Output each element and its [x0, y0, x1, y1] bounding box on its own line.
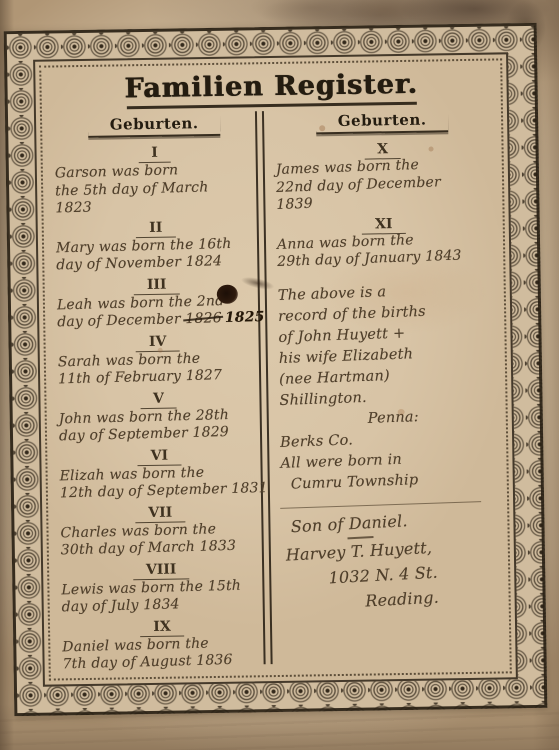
signature-block: Son of Daniel.Harvey T. Huyett,1032 N. 4…: [280, 500, 497, 617]
family-note: The above is arecord of the birthsof Joh…: [278, 282, 495, 495]
inner-bead-border: Familien Register. Geburten. IGarson was…: [39, 58, 512, 680]
birth-entry: IXDaniel was born the7th day of August 1…: [62, 617, 263, 674]
entry-numeral: I: [138, 145, 171, 164]
signature-lines: Son of Daniel.Harvey T. Huyett,1032 N. 4…: [281, 507, 498, 617]
entry-numeral: IX: [140, 618, 184, 637]
entry-numeral: VIII: [133, 561, 190, 580]
entry-numeral: IV: [136, 333, 180, 352]
paper-creases: [0, 710, 559, 750]
column-right-header: Geburten.: [316, 110, 449, 134]
birth-entry: IVSarah was born the11th of February 182…: [57, 332, 258, 389]
ornamental-rosette-border: Familien Register. Geburten. IGarson was…: [4, 23, 548, 716]
birth-entry: IIMary was born the 16thday of November …: [56, 218, 257, 275]
column-right: Geburten. XJames was born the22nd day of…: [265, 108, 498, 664]
birth-entry: IGarson was bornthe 5th day of March1823: [54, 143, 255, 218]
entry-numeral: II: [136, 219, 175, 238]
birth-entry: VIElizah was born the12th day of Septemb…: [59, 446, 260, 503]
page-content: Familien Register. Geburten. IGarson was…: [53, 69, 497, 671]
entry-numeral: V: [140, 390, 177, 409]
register-page-photo: Familien Register. Geburten. IGarson was…: [0, 0, 559, 750]
birth-entries-right: XJames was born the22nd day of December1…: [276, 140, 492, 272]
paper-stain: [340, 0, 430, 24]
birth-entry: VIICharles was born the30th day of March…: [60, 503, 261, 560]
columns: Geburten. IGarson was bornthe 5th day of…: [54, 108, 498, 668]
corrected-year: 1825: [225, 309, 265, 326]
struck-year: 1826: [185, 310, 222, 327]
page-title: Familien Register.: [53, 69, 488, 106]
birth-entries-left: IGarson was bornthe 5th day of March1823…: [54, 143, 262, 674]
entry-numeral: VII: [135, 504, 185, 523]
birth-entry: XIAnna was born the29th day of January 1…: [277, 214, 492, 271]
birth-entry: VJohn was born the 28thday of September …: [58, 389, 259, 446]
entry-numeral: VI: [138, 447, 182, 466]
birth-entry: XJames was born the22nd day of December1…: [276, 140, 491, 215]
entry-numeral: XI: [362, 215, 406, 234]
column-left: Geburten. IGarson was bornthe 5th day of…: [54, 111, 263, 667]
column-left-header: Geburten.: [88, 114, 221, 138]
entry-numeral: III: [134, 276, 180, 295]
birth-entry: VIIILewis was born the 15thday of July 1…: [61, 560, 262, 617]
page-sheet: Familien Register. Geburten. IGarson was…: [33, 52, 518, 686]
